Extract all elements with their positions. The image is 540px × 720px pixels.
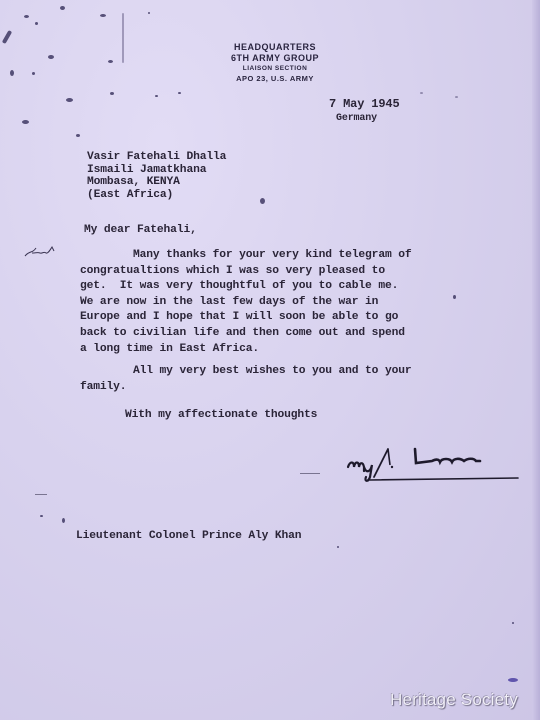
letterhead-line-4: APO 23, U.S. ARMY (200, 74, 350, 84)
body-paragraph-1: Many thanks for your very kind telegram … (80, 248, 411, 357)
margin-dash (300, 473, 320, 474)
margin-pencil-note (22, 242, 62, 260)
body-line: family. (80, 380, 411, 396)
body-line: get. It was very thoughtful of you to ca… (80, 279, 411, 295)
letter-date: 7 May 1945 (329, 97, 400, 111)
letterhead-line-3: LIAISON SECTION (200, 64, 350, 74)
recipient-region: (East Africa) (87, 189, 226, 202)
recipient-city: Mombasa, KENYA (87, 176, 226, 189)
body-line: All my very best wishes to you and to yo… (80, 364, 411, 380)
closing-line: With my affectionate thoughts (125, 409, 317, 421)
body-line: a long time in East Africa. (80, 342, 411, 358)
salutation: My dear Fatehali, (84, 224, 197, 236)
handwritten-signature (340, 445, 520, 485)
recipient-name: Vasir Fatehali Dhalla (87, 151, 226, 164)
body-paragraph-2: All my very best wishes to you and to yo… (80, 364, 411, 395)
body-line: Many thanks for your very kind telegram … (80, 248, 411, 264)
letterhead: HEADQUARTERS 6TH ARMY GROUP LIAISON SECT… (200, 42, 350, 84)
page-edge (532, 0, 540, 720)
recipient-address: Vasir Fatehali DhallaIsmaili JamatkhanaM… (87, 151, 226, 201)
letterhead-line-1: HEADQUARTERS (200, 42, 350, 53)
body-line: back to civilian life and then come out … (80, 326, 411, 342)
margin-dash (35, 494, 47, 495)
body-line: congratualtions which I was so very plea… (80, 264, 411, 280)
letterhead-line-2: 6TH ARMY GROUP (200, 53, 350, 64)
recipient-organization: Ismaili Jamatkhana (87, 164, 226, 177)
letter-place: Germany (336, 113, 377, 124)
body-line: We are now in the last few days of the w… (80, 295, 411, 311)
body-line: Europe and I hope that I will soon be ab… (80, 310, 411, 326)
letter-page: HEADQUARTERS 6TH ARMY GROUP LIAISON SECT… (0, 0, 540, 720)
signatory-name: Lieutenant Colonel Prince Aly Khan (76, 530, 301, 542)
watermark: Heritage Society (390, 690, 518, 710)
